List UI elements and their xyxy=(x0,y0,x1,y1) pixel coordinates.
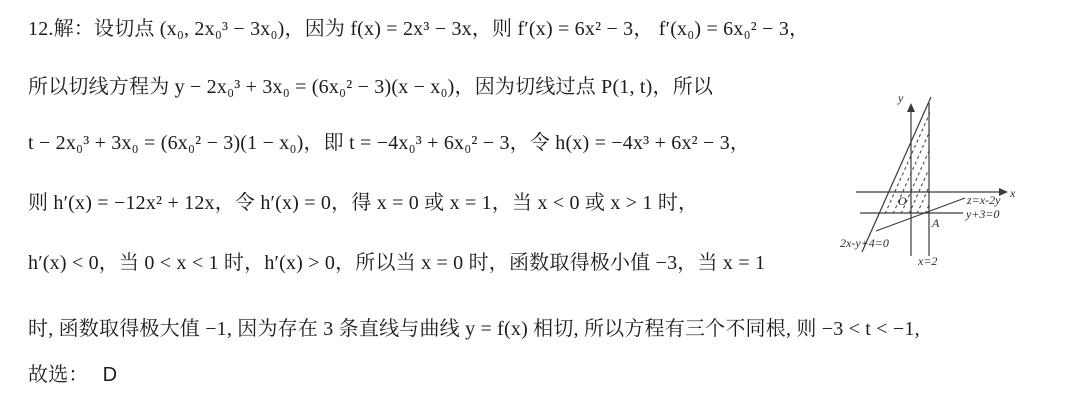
solution-line-1: 12.解：设切点 (x₀, 2x₀³ − 3x₀)，因为 f(x) = 2x³ … xyxy=(28,16,809,42)
hatched-region xyxy=(868,97,977,252)
figure-svg: x y x=2 2x-y+4=0 y+3=0 z=x-2y O A xyxy=(836,84,1020,280)
solution-line-4: 则 h′(x) = −12x² + 12x，令 h′(x) = 0，得 x = … xyxy=(28,190,698,216)
steep-line xyxy=(862,97,931,252)
solution-document: 12.解：设切点 (x₀, 2x₀³ − 3x₀)，因为 f(x) = 2x³ … xyxy=(0,0,1081,396)
linear-programming-figure: x y x=2 2x-y+4=0 y+3=0 z=x-2y O A xyxy=(836,84,1020,280)
solution-line-6: 时, 函数取得极大值 −1, 因为存在 3 条直线与曲线 y = f(x) 相切… xyxy=(28,316,920,342)
x-axis-label: x xyxy=(1009,186,1016,200)
objective-line xyxy=(876,198,965,231)
solution-line-3: t − 2x₀³ + 3x₀ = (6x₀² − 3)(1 − x₀)，即 t … xyxy=(28,130,750,156)
point-a-label: A xyxy=(931,216,940,230)
steep-line-label: 2x-y+4=0 xyxy=(840,236,889,250)
solution-line-5: h′(x) < 0，当 0 < x < 1 时，h′(x) > 0，所以当 x … xyxy=(28,250,765,276)
horizontal-line-label: y+3=0 xyxy=(965,207,1000,221)
origin-label: O xyxy=(898,194,907,208)
answer-label: 故选： xyxy=(28,364,89,386)
answer-choice: D xyxy=(103,364,118,386)
answer-line: 故选：D xyxy=(28,362,117,388)
y-axis-arrow-icon xyxy=(907,103,915,112)
vertical-line-label: x=2 xyxy=(917,254,937,268)
solution-line-2: 所以切线方程为 y − 2x₀³ + 3x₀ = (6x₀² − 3)(x − … xyxy=(28,74,713,100)
y-axis-label: y xyxy=(897,91,904,105)
objective-line-label: z=x-2y xyxy=(966,193,1001,207)
